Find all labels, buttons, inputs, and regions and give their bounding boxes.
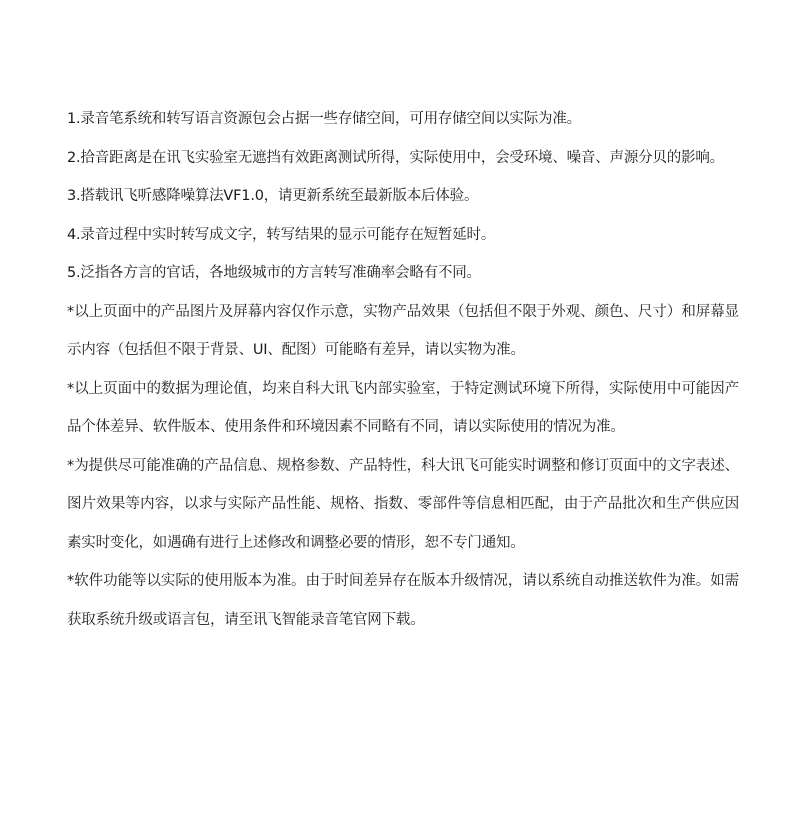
note-4: 4.录音过程中实时转写成文字，转写结果的显示可能存在短暂延时。 [67,216,739,255]
notes-document: 1.录音笔系统和转写语言资源包会占据一些存储空间，可用存储空间以实际为准。 2.… [67,100,739,639]
disclaimer-theoretical-data: *以上页面中的数据为理论值，均来自科大讯飞内部实验室，于特定测试环境下所得，实际… [67,370,739,447]
disclaimer-software-version: *软件功能等以实际的使用版本为准。由于时间差异存在版本升级情况，请以系统自动推送… [67,562,739,639]
note-1: 1.录音笔系统和转写语言资源包会占据一些存储空间，可用存储空间以实际为准。 [67,100,739,139]
disclaimer-content-revision: *为提供尽可能准确的产品信息、规格参数、产品特性，科大讯飞可能实时调整和修订页面… [67,447,739,563]
note-5: 5.泛指各方言的官话，各地级城市的方言转写准确率会略有不同。 [67,254,739,293]
disclaimer-product-images: *以上页面中的产品图片及屏幕内容仅作示意，实物产品效果（包括但不限于外观、颜色、… [67,293,739,370]
note-3: 3.搭载讯飞听感降噪算法VF1.0，请更新系统至最新版本后体验。 [67,177,739,216]
note-2: 2.拾音距离是在讯飞实验室无遮挡有效距离测试所得，实际使用中，会受环境、噪音、声… [67,139,739,178]
